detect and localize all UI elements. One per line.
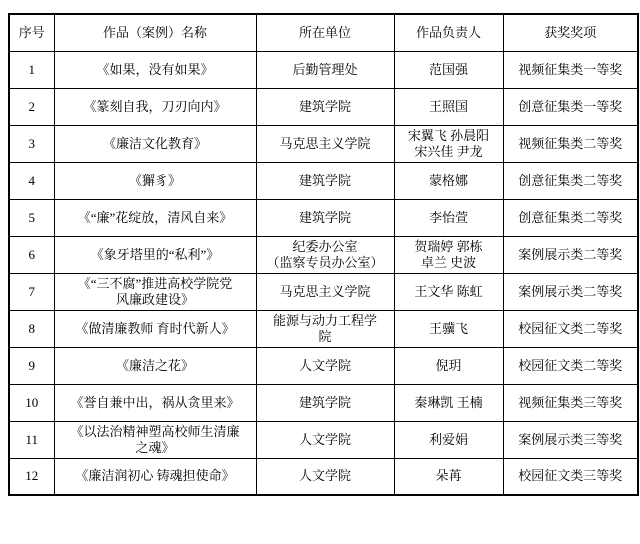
- cell-unit: 建筑学院: [256, 199, 394, 236]
- cell-unit: 人文学院: [256, 458, 394, 495]
- cell-award: 创意征集类二等奖: [503, 199, 638, 236]
- cell-unit: 能源与动力工程学 院: [256, 310, 394, 347]
- cell-lead: 朵苒: [394, 458, 503, 495]
- cell-unit: 后勤管理处: [256, 51, 394, 88]
- cell-index: 4: [9, 162, 54, 199]
- cell-index: 11: [9, 421, 54, 458]
- cell-title: 《象牙塔里的“私利”》: [54, 236, 256, 273]
- cell-lead: 范国强: [394, 51, 503, 88]
- col-header-title: 作品（案例）名称: [54, 14, 256, 51]
- table-row: 9《廉洁之花》人文学院倪玥校园征文类二等奖: [9, 347, 638, 384]
- cell-lead: 利爱娟: [394, 421, 503, 458]
- cell-lead: 王照国: [394, 88, 503, 125]
- cell-title: 《廉洁润初心 铸魂担使命》: [54, 458, 256, 495]
- cell-unit: 建筑学院: [256, 88, 394, 125]
- cell-title: 《廉洁文化教育》: [54, 125, 256, 162]
- cell-award: 案例展示类二等奖: [503, 236, 638, 273]
- cell-lead: 宋翼飞 孙晨阳 宋兴佳 尹龙: [394, 125, 503, 162]
- cell-award: 校园征文类二等奖: [503, 310, 638, 347]
- cell-unit: 马克思主义学院: [256, 273, 394, 310]
- cell-title: 《以法治精神塑高校师生清廉 之魂》: [54, 421, 256, 458]
- table-header-row: 序号 作品（案例）名称 所在单位 作品负责人 获奖奖项: [9, 14, 638, 51]
- cell-lead: 王文华 陈虹: [394, 273, 503, 310]
- cell-award: 视频征集类二等奖: [503, 125, 638, 162]
- table-row: 11《以法治精神塑高校师生清廉 之魂》人文学院利爱娟案例展示类三等奖: [9, 421, 638, 458]
- cell-award: 案例展示类二等奖: [503, 273, 638, 310]
- cell-lead: 蒙格娜: [394, 162, 503, 199]
- cell-lead: 李怡萱: [394, 199, 503, 236]
- cell-award: 案例展示类三等奖: [503, 421, 638, 458]
- awards-table: 序号 作品（案例）名称 所在单位 作品负责人 获奖奖项 1《如果，没有如果》后勤…: [8, 13, 639, 496]
- cell-title: 《獬豸》: [54, 162, 256, 199]
- cell-title: 《做清廉教师 育时代新人》: [54, 310, 256, 347]
- cell-lead: 秦琳凯 王楠: [394, 384, 503, 421]
- cell-index: 10: [9, 384, 54, 421]
- cell-award: 视频征集类三等奖: [503, 384, 638, 421]
- cell-award: 校园征文类三等奖: [503, 458, 638, 495]
- table-row: 12《廉洁润初心 铸魂担使命》人文学院朵苒校园征文类三等奖: [9, 458, 638, 495]
- cell-title: 《誉自兼中出，祸从贪里来》: [54, 384, 256, 421]
- cell-index: 3: [9, 125, 54, 162]
- cell-award: 创意征集类一等奖: [503, 88, 638, 125]
- cell-index: 12: [9, 458, 54, 495]
- cell-lead: 倪玥: [394, 347, 503, 384]
- col-header-index: 序号: [9, 14, 54, 51]
- cell-title: 《廉洁之花》: [54, 347, 256, 384]
- cell-award: 创意征集类二等奖: [503, 162, 638, 199]
- cell-lead: 王骥飞: [394, 310, 503, 347]
- table-row: 10《誉自兼中出，祸从贪里来》建筑学院秦琳凯 王楠视频征集类三等奖: [9, 384, 638, 421]
- table-row: 3《廉洁文化教育》马克思主义学院宋翼飞 孙晨阳 宋兴佳 尹龙视频征集类二等奖: [9, 125, 638, 162]
- table-row: 4《獬豸》建筑学院蒙格娜创意征集类二等奖: [9, 162, 638, 199]
- cell-unit: 建筑学院: [256, 162, 394, 199]
- table-row: 8《做清廉教师 育时代新人》能源与动力工程学 院王骥飞校园征文类二等奖: [9, 310, 638, 347]
- cell-unit: 人文学院: [256, 347, 394, 384]
- table-row: 5《“廉”花绽放，清风自来》建筑学院李怡萱创意征集类二等奖: [9, 199, 638, 236]
- cell-index: 7: [9, 273, 54, 310]
- cell-index: 2: [9, 88, 54, 125]
- cell-index: 1: [9, 51, 54, 88]
- document-page: 序号 作品（案例）名称 所在单位 作品负责人 获奖奖项 1《如果，没有如果》后勤…: [0, 0, 640, 544]
- cell-award: 校园征文类二等奖: [503, 347, 638, 384]
- cell-unit: 马克思主义学院: [256, 125, 394, 162]
- table-row: 6《象牙塔里的“私利”》纪委办公室 （监察专员办公室）贺瑞婷 郭栋 卓兰 史波案…: [9, 236, 638, 273]
- cell-unit: 人文学院: [256, 421, 394, 458]
- cell-index: 9: [9, 347, 54, 384]
- cell-lead: 贺瑞婷 郭栋 卓兰 史波: [394, 236, 503, 273]
- cell-title: 《如果，没有如果》: [54, 51, 256, 88]
- table-row: 7《“三不腐”推进高校学院党 风廉政建设》马克思主义学院王文华 陈虹案例展示类二…: [9, 273, 638, 310]
- col-header-unit: 所在单位: [256, 14, 394, 51]
- cell-unit: 纪委办公室 （监察专员办公室）: [256, 236, 394, 273]
- cell-title: 《篆刻自我，刀刃向内》: [54, 88, 256, 125]
- cell-title: 《“三不腐”推进高校学院党 风廉政建设》: [54, 273, 256, 310]
- cell-award: 视频征集类一等奖: [503, 51, 638, 88]
- cell-index: 8: [9, 310, 54, 347]
- table-body: 1《如果，没有如果》后勤管理处范国强视频征集类一等奖2《篆刻自我，刀刃向内》建筑…: [9, 51, 638, 495]
- cell-unit: 建筑学院: [256, 384, 394, 421]
- cell-title: 《“廉”花绽放，清风自来》: [54, 199, 256, 236]
- table-row: 1《如果，没有如果》后勤管理处范国强视频征集类一等奖: [9, 51, 638, 88]
- col-header-award: 获奖奖项: [503, 14, 638, 51]
- cell-index: 6: [9, 236, 54, 273]
- cell-index: 5: [9, 199, 54, 236]
- col-header-lead: 作品负责人: [394, 14, 503, 51]
- table-row: 2《篆刻自我，刀刃向内》建筑学院王照国创意征集类一等奖: [9, 88, 638, 125]
